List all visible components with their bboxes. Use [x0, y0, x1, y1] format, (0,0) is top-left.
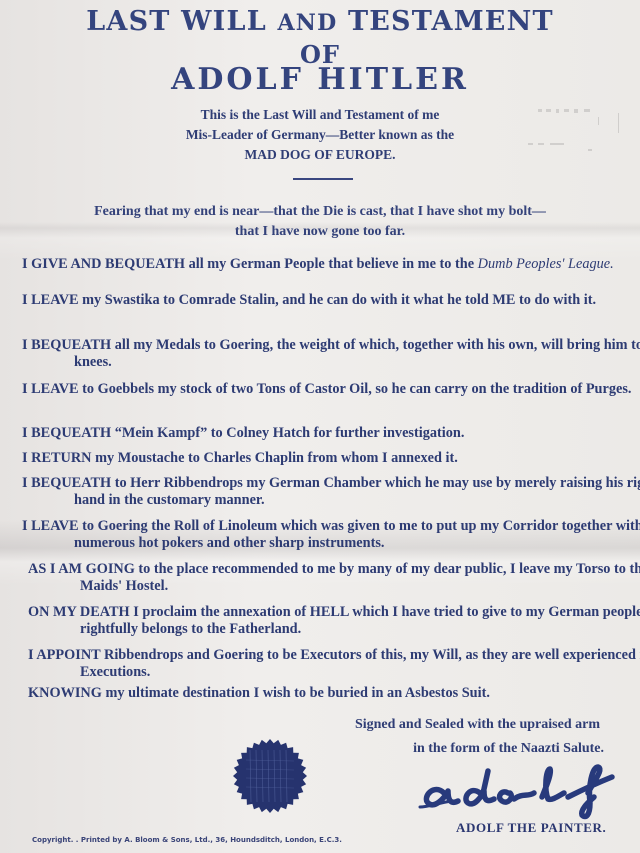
- clause-italic: Dumb Peoples' League.: [478, 256, 614, 272]
- intro-line-2: Mis-Leader of Germany—Better known as th…: [0, 125, 640, 144]
- clause-text: “Mein Kampf” to Colney Hatch for further…: [111, 425, 464, 441]
- title-testament: TESTAMENT: [348, 6, 554, 37]
- clause-lead: I LEAVE: [22, 292, 79, 308]
- clause-lead: I LEAVE: [22, 518, 79, 534]
- clause-text: to Goering the Roll of Linoleum which wa…: [74, 518, 640, 551]
- clause-lead: I BEQUEATH: [22, 337, 111, 353]
- rosette-seal-icon: [232, 738, 308, 814]
- clause-text: all my Medals to Goering, the weight of …: [74, 337, 640, 370]
- clause-lead: I GIVE AND BEQUEATH: [22, 256, 185, 272]
- bequest-clause: I APPOINT Ribbendrops and Goering to be …: [28, 647, 640, 681]
- clause-text: my Moustache to Charles Chaplin from who…: [92, 450, 458, 466]
- title-name: ADOLF HITLER: [0, 62, 640, 97]
- clause-text: all my German People that believe in me …: [185, 256, 478, 272]
- clause-text: to Goebbels my stock of two Tons of Cast…: [79, 381, 632, 397]
- bequest-clause: I LEAVE my Swastika to Comrade Stalin, a…: [22, 292, 640, 309]
- bequest-clause: I LEAVE to Goering the Roll of Linoleum …: [22, 518, 640, 552]
- printer-copyright: Copyright. . Printed by A. Bloom & Sons,…: [32, 836, 342, 844]
- clause-lead: I APPOINT: [28, 647, 100, 663]
- bequest-clause: I BEQUEATH “Mein Kampf” to Colney Hatch …: [22, 425, 640, 442]
- signed-line-1: Signed and Sealed with the upraised arm: [300, 713, 600, 737]
- preamble-line-2: that I have now gone too far.: [0, 222, 640, 242]
- bequest-clause: I GIVE AND BEQUEATH all my German People…: [22, 256, 640, 273]
- clause-text: my Swastika to Comrade Stalin, and he ca…: [79, 292, 597, 308]
- clause-lead: I BEQUEATH: [22, 425, 111, 441]
- signatory-name: ADOLF THE PAINTER.: [456, 820, 606, 836]
- clause-text: to the place recommended to me by many o…: [80, 561, 640, 594]
- clause-text: my ultimate destination I wish to be bur…: [102, 685, 490, 701]
- signed-line-2: in the form of the Naazti Salute.: [304, 737, 604, 761]
- clause-lead: KNOWING: [28, 685, 102, 701]
- title-line-1: LAST WILL AND TESTAMENT: [0, 6, 640, 37]
- preamble: Fearing that my end is near—that the Die…: [0, 202, 640, 242]
- bequest-clause: I RETURN my Moustache to Charles Chaplin…: [22, 450, 640, 467]
- bequest-clause: AS I AM GOING to the place recommended t…: [28, 561, 640, 595]
- clause-lead: I BEQUEATH: [22, 475, 111, 491]
- bequest-clause: ON MY DEATH I proclaim the annexation of…: [28, 604, 640, 638]
- bequest-clause: I BEQUEATH all my Medals to Goering, the…: [22, 337, 640, 371]
- bequest-clause: I BEQUEATH to Herr Ribbendrops my German…: [22, 475, 640, 509]
- handwritten-signature: [418, 763, 628, 823]
- clause-lead: I LEAVE: [22, 381, 79, 397]
- clause-text: Ribbendrops and Goering to be Executors …: [80, 647, 640, 680]
- title-and: AND: [278, 10, 338, 36]
- clause-text: to Herr Ribbendrops my German Chamber wh…: [74, 475, 640, 508]
- clause-text: I proclaim the annexation of HELL which …: [80, 604, 640, 637]
- intro-line-3: MAD DOG OF EUROPE.: [0, 145, 640, 164]
- clause-lead: ON MY DEATH: [28, 604, 130, 620]
- clause-lead: I RETURN: [22, 450, 92, 466]
- preamble-line-1: Fearing that my end is near—that the Die…: [0, 202, 640, 222]
- divider-rule: [293, 178, 353, 180]
- bequest-clause: I LEAVE to Goebbels my stock of two Tons…: [22, 381, 640, 398]
- title-last-will: LAST WILL: [86, 6, 267, 37]
- intro-line-1: This is the Last Will and Testament of m…: [0, 105, 640, 124]
- bequest-clause: KNOWING my ultimate destination I wish t…: [28, 685, 640, 702]
- clause-lead: AS I AM GOING: [28, 561, 135, 577]
